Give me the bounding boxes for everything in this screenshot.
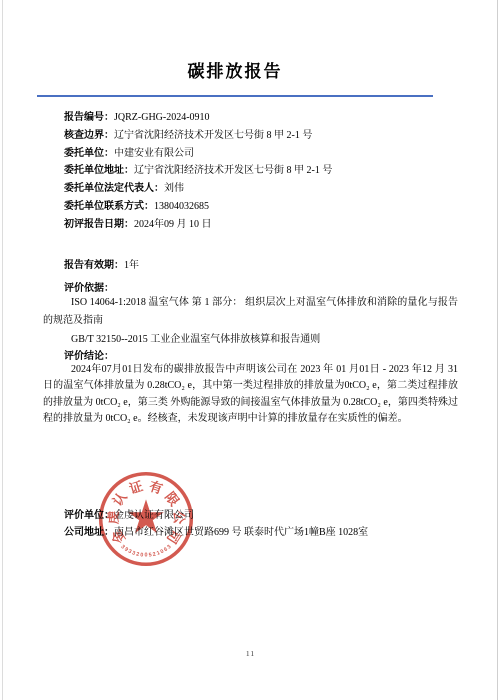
svg-text:2: 2 (135, 551, 139, 558)
meta-row-client: 委托单位：中建安业有限公司 (64, 145, 463, 163)
svg-text:有: 有 (147, 478, 164, 497)
meta-row-report-number: 报告编号：JQRZ-GHG-2024-0910 (64, 109, 463, 127)
svg-text:证: 证 (127, 478, 144, 497)
field-value: 辽宁省沈阳经济技术开发区七号街 8 甲 2-1 号 (134, 165, 332, 176)
report-page: 碳排放报告 报告编号：JQRZ-GHG-2024-0910 核查边界：辽宁省沈阳… (0, 0, 501, 700)
field-label: 报告编号： (64, 112, 114, 123)
stamp-star-icon (128, 499, 163, 533)
svg-text:限: 限 (162, 489, 182, 509)
page-edge-left (2, 0, 3, 700)
conclusion-paragraph: 2024年07月01日发布的碳排放报告中声明该公司在 2023 年 01 月01… (43, 362, 458, 428)
meta-row-initial-report-date: 初评报告日期：2024年09 月 10 日 (64, 216, 463, 234)
meta-row-legal-representative: 委托单位法定代表人：刘伟 (64, 180, 463, 198)
field-label: 初评报告日期： (64, 219, 134, 230)
svg-text:司: 司 (164, 527, 185, 547)
field-value: 刘伟 (164, 183, 184, 194)
field-label: 委托单位地址： (64, 165, 134, 176)
field-label: 核查边界： (64, 130, 114, 141)
svg-text:5: 5 (148, 552, 152, 558)
svg-text:虔: 虔 (104, 510, 121, 525)
svg-text:公: 公 (171, 511, 187, 526)
svg-text:0: 0 (145, 553, 148, 559)
basis-section-label: 评价依据： (64, 279, 114, 294)
field-value: 13804032685 (154, 201, 209, 212)
field-value: 2024年09 月 10 日 (134, 219, 212, 230)
report-meta: 报告编号：JQRZ-GHG-2024-0910 核查边界：辽宁省沈阳经济技术开发… (64, 109, 463, 234)
field-label: 委托单位联系方式： (64, 201, 154, 212)
conclusion-section-label: 评价结论： (64, 347, 114, 362)
meta-row-client-address: 委托单位地址：辽宁省沈阳经济技术开发区七号街 8 甲 2-1 号 (64, 162, 463, 180)
meta-row-contact: 委托单位联系方式：13804032685 (64, 198, 463, 216)
field-label: 委托单位： (64, 148, 114, 159)
stamp-svg: 金虔认证有限公司3601250023393 (97, 470, 195, 568)
page-number: 11 (0, 649, 501, 658)
svg-text:0: 0 (140, 552, 144, 558)
meta-row-verification-boundary: 核查边界：辽宁省沈阳经济技术开发区七号街 8 甲 2-1 号 (64, 127, 463, 145)
svg-text:认: 认 (110, 489, 130, 509)
field-label: 委托单位法定代表人： (64, 183, 164, 194)
title-rule (37, 95, 433, 97)
field-value: 中建安业有限公司 (114, 148, 194, 159)
field-value: 1年 (124, 260, 139, 271)
page-edge-right (497, 0, 498, 700)
field-label: 报告有效期： (64, 260, 124, 271)
company-seal-stamp: 金虔认证有限公司3601250023393 (97, 470, 195, 568)
basis-item-iso: ISO 14064-1:2018 温室气体 第 1 部分： 组织层次上对温室气体… (43, 294, 458, 329)
svg-text:金: 金 (107, 526, 128, 546)
basis-item-gbt: GB/T 32150--2015 工业企业温室气体排放核算和报告通则 (43, 330, 458, 345)
field-value: 辽宁省沈阳经济技术开发区七号街 8 甲 2-1 号 (114, 130, 312, 141)
page-title: 碳排放报告 (37, 57, 433, 82)
validity-row: 报告有效期：1年 (64, 256, 139, 271)
field-value: JQRZ-GHG-2024-0910 (114, 112, 210, 123)
